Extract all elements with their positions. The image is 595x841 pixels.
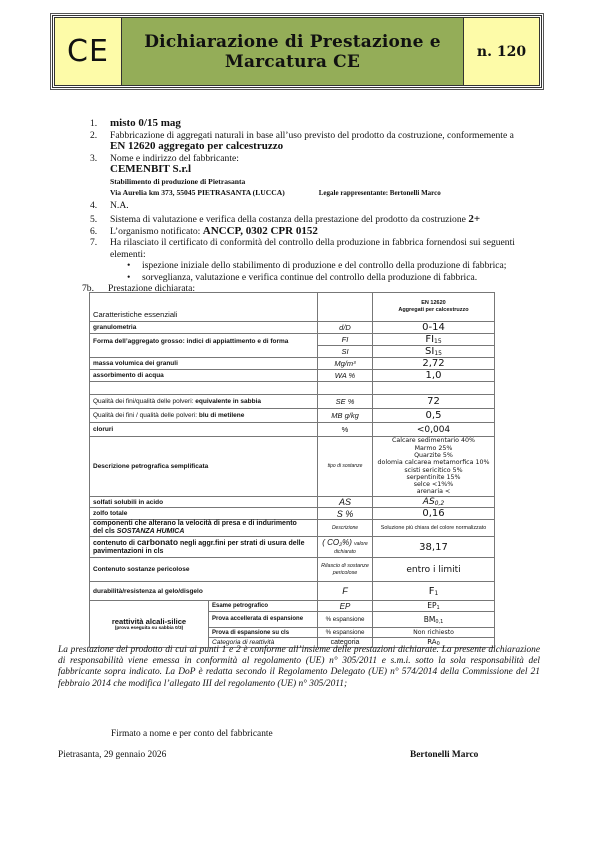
table-row: reattività alcali-silice (prova eseguita… [90, 601, 495, 612]
table-row: zolfo totale S % 0,16 [90, 508, 495, 520]
table-row: componenti che alterano la velocità di p… [90, 520, 495, 537]
petrographic-composition: Calcare sedimentario 40% Marmo 25% Quarz… [373, 437, 495, 497]
column-header-symbol [318, 293, 373, 322]
plant-name: Stabilimento di produzione di Pietrasant… [110, 177, 245, 186]
item-1: 1. misto 0/15 mag [90, 118, 540, 130]
conformity-statement: La prestazione del prodotto di cui ai pu… [58, 645, 540, 690]
manufacturer-name: CEMENBIT S.r.l [110, 163, 191, 175]
signer-name: Bertonelli Marco [410, 750, 478, 760]
bullet-item: sorveglianza, valutazione e verifica con… [90, 272, 540, 284]
document-header: CE Dichiarazione di Prestazione eMarcatu… [52, 15, 542, 88]
table-header-row: Caratteristiche essenziali EN 12620Aggre… [90, 293, 495, 322]
item-6: 6. L’organismo notificato: ANCCP, 0302 C… [90, 226, 540, 238]
avcp-system: 2+ [468, 213, 480, 225]
declared-performance-table: Caratteristiche essenziali EN 12620Aggre… [89, 292, 495, 648]
table-row: granulometria d/D 0-14 [90, 322, 495, 334]
table-row: durabilità/resistenza al gelo/disgelo F … [90, 582, 495, 601]
document-number: n. 120 [464, 18, 539, 85]
item-3: 3. Nome e indirizzo del fabbricante: CEM… [90, 153, 540, 200]
bullet-item: ispezione iniziale dello stabilimento di… [90, 260, 540, 272]
legal-representative: Legale rappresentante: Bertonelli Marco [319, 189, 441, 197]
column-header-standard: EN 12620Aggregati per calcestruzzo [373, 293, 495, 322]
document-title: Dichiarazione di Prestazione eMarcatura … [122, 18, 464, 85]
item-4: 4. N.A. [90, 200, 540, 212]
table-spacer-row [90, 382, 495, 395]
table-row: massa volumica dei granuli Mg/m³ 2,72 [90, 358, 495, 370]
alkali-silica-group: reattività alcali-silice (prova eseguita… [90, 601, 209, 648]
intended-use-standard: EN 12620 aggregato per calcestruzzo [110, 140, 283, 152]
table-row: solfati solubili in acido AS AS0,2 [90, 497, 495, 508]
ce-mark-logo: CE [55, 18, 122, 85]
item-2: 2. Fabbricazione di aggregati naturali i… [90, 130, 540, 153]
table-row: cloruri % <0,004 [90, 423, 495, 437]
title-line-2: Marcatura CE [225, 52, 360, 72]
notified-body: ANCCP, 0302 CPR 0152 [203, 225, 318, 237]
declaration-items: 1. misto 0/15 mag 2. Fabbricazione di ag… [90, 118, 540, 295]
product-code: misto 0/15 mag [110, 117, 181, 129]
place-and-date: Pietrasanta, 29 gennaio 2026 [58, 750, 166, 760]
table-row: Forma dell’aggregato grosso: indici di a… [90, 334, 495, 346]
table-row: contenuto di carbonato negli aggr.fini p… [90, 537, 495, 558]
table-row: Contenuto sostanze pericolose Rilascio d… [90, 558, 495, 582]
title-line-1: Dichiarazione di Prestazione e [144, 32, 441, 52]
manufacturer-address: Via Aurelia km 373, 55045 PIETRASANTA (L… [110, 188, 285, 197]
table-row: Qualità dei fini/qualità delle polveri: … [90, 395, 495, 409]
item-7: 7. Ha rilasciato il certificato di confo… [90, 237, 540, 260]
table-row: Descrizione petrografica semplificata ti… [90, 437, 495, 497]
table-row: assorbimento di acqua WA % 1,0 [90, 370, 495, 382]
column-header-characteristics: Caratteristiche essenziali [90, 293, 318, 322]
signature-line: Firmato a nome e per conto del fabbrican… [111, 729, 273, 739]
table-row: Qualità dei fini / qualità delle polveri… [90, 409, 495, 423]
